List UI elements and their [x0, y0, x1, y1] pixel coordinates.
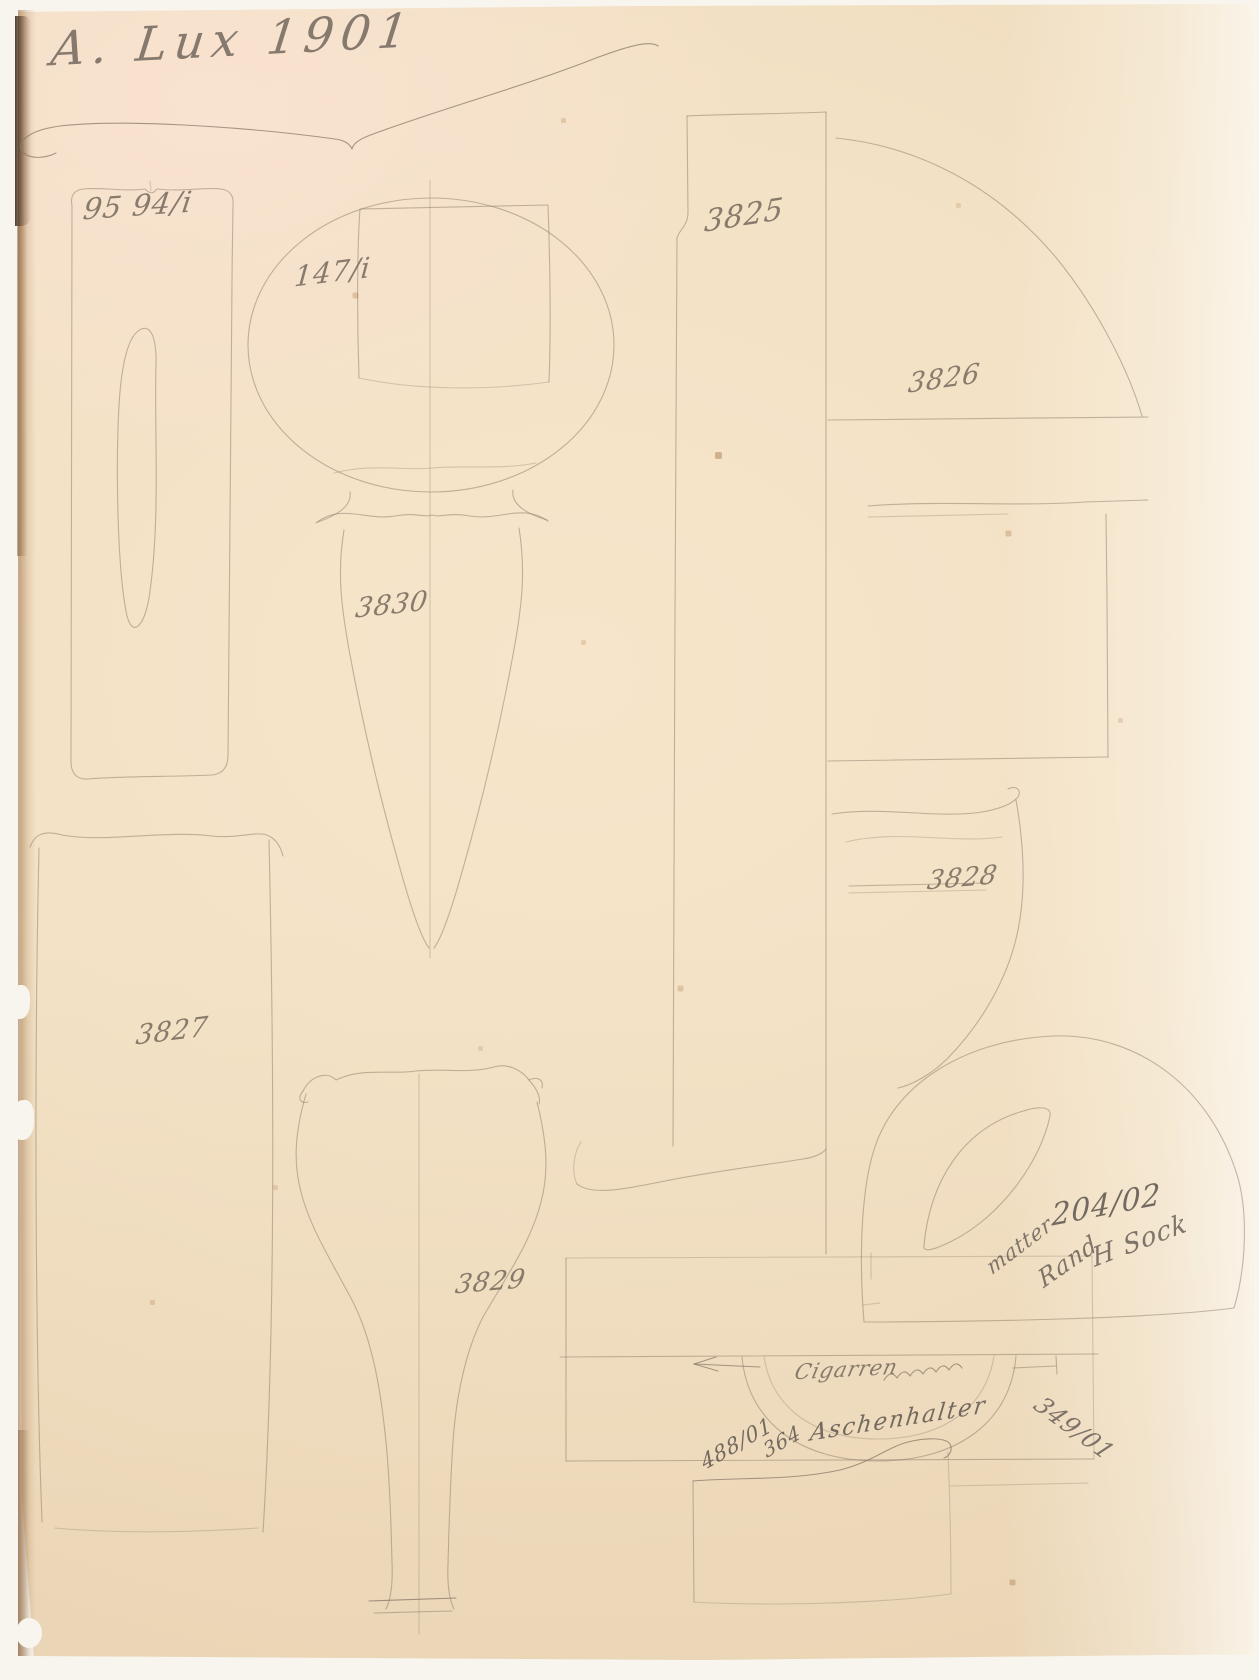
sketch-vase-3828: [832, 788, 1023, 1088]
sketch-vase-3829: [296, 1066, 546, 1634]
sketch-rect-3825: [574, 112, 880, 1305]
sketch-vase-3827: [30, 833, 283, 1532]
sketch-panel-9594: [71, 181, 233, 779]
sketch-arc-3826: [828, 138, 1148, 761]
scanned-drawing-sheet: { "sheet": { "title": "A. Lux 1901" }, "…: [0, 0, 1259, 1680]
sketch-box-aschenhalter: [693, 1439, 1088, 1604]
sketch-goblet-3830: [248, 180, 614, 958]
